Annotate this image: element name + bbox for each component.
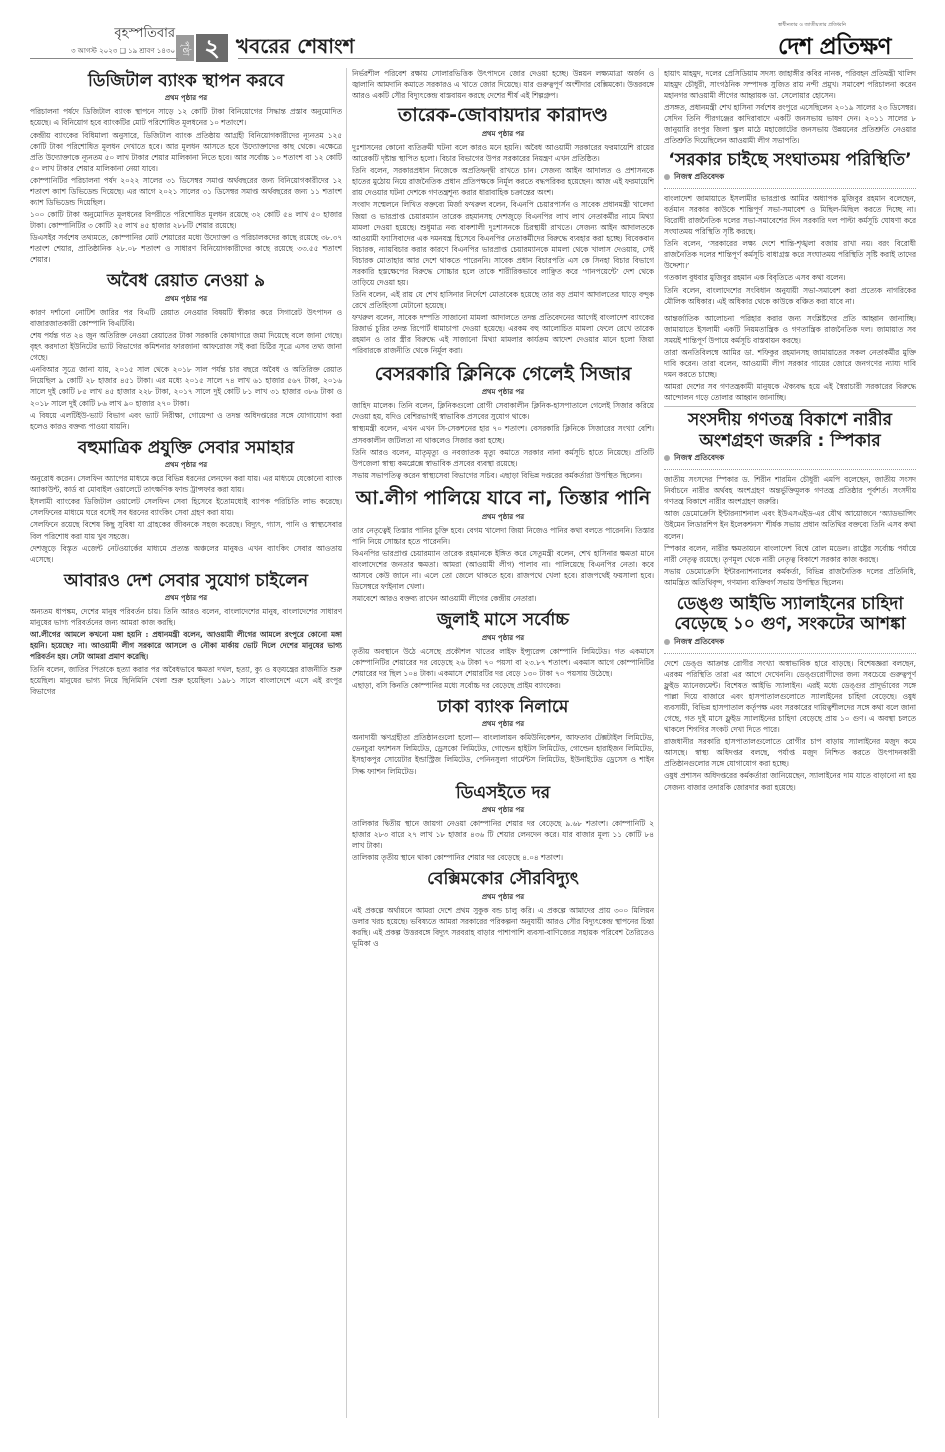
paragraph: বিএনপির ভারপ্রাপ্ত চেয়ারম্যান তারেক রহম… xyxy=(352,548,654,592)
story-body: হায়াৎ মাহমুদ, দলের প্রেসিডিয়াম সদস্য জ… xyxy=(664,68,916,147)
bullet-icon xyxy=(664,639,670,645)
paragraph: তালিকায় তৃতীয় স্থানে থাকা কোম্পানির শে… xyxy=(352,852,654,863)
paragraph: তৃতীয় অবস্থানে উঠে এসেছে প্রকৌশল খাতের … xyxy=(352,646,654,679)
story-body: বাংলাদেশ জামায়াতে ইসলামীর ভারপ্রাপ্ত আম… xyxy=(664,193,916,307)
paragraph: আমরা দেশের সব গণতন্ত্রকামী মানুষকে ঐক্যব… xyxy=(664,381,916,403)
paragraph: ইসলামী ব্যাংকের ডিজিটাল ওয়ালেট সেলফিন স… xyxy=(30,496,342,518)
headline[interactable]: আবারও দেশ সেবার সুযোগ চাইলেন xyxy=(30,571,342,591)
kicker: প্রথম পৃষ্ঠার পর xyxy=(352,386,654,398)
paragraph: এছাড়া, বসি কিনতি কোম্পানির মধ্যে সর্বোচ… xyxy=(352,680,654,691)
headline[interactable]: ঢাকা ব্যাংক নিলামে xyxy=(352,697,654,717)
paragraph: তিনি বলেন, সরকারপ্রধান নিজেকে অপ্রতিদ্বন… xyxy=(352,165,654,198)
paragraph: ফখরুল বলেন, সাবেক দম্পতি সাজানো মামলা আদ… xyxy=(352,312,654,356)
headline[interactable]: বেসরকারি ক্লিনিকে গেলেই সিজার xyxy=(352,363,654,386)
paragraph: স্বাস্থ্যমন্ত্রী বলেন, এখন এখন সি-সেকশনে… xyxy=(352,423,654,445)
headline[interactable]: সংসদীয় গণতন্ত্র বিকাশে নারীর অংশগ্রহণ জ… xyxy=(664,410,916,451)
story-tarek-zubaida: তারেক-জোবায়দার কারাদণ্ড প্রথম পৃষ্ঠার প… xyxy=(352,104,654,356)
story-speaker-women: সংসদীয় গণতন্ত্র বিকাশে নারীর অংশগ্রহণ জ… xyxy=(664,410,916,588)
headline[interactable]: তারেক-জোবায়দার কারাদণ্ড xyxy=(352,104,654,127)
story-illegal-rebate: অবৈধ রেয়াত নেওয়া ৯ প্রথম পৃষ্ঠার পর কা… xyxy=(30,271,342,431)
headline[interactable]: আ.লীগ পালিয়ে যাবে না, তিস্তার পানি xyxy=(352,487,654,510)
paragraph: নির্ভরশীল পরিবেশ রক্ষায় সোলারভিত্তিক উৎ… xyxy=(352,68,654,101)
column-center: নির্ভরশীল পরিবেশ রক্ষায় সোলারভিত্তিক উৎ… xyxy=(352,68,654,1428)
paragraph: তার নেতৃত্বেই তিস্তার পানির চুক্তি হবে। … xyxy=(352,525,654,547)
story-al-will-not-flee: আ.লীগ পালিয়ে যাবে না, তিস্তার পানি প্রথ… xyxy=(352,487,654,604)
bullet-icon xyxy=(664,174,670,180)
paragraph: রাজধানীর সরকারি হাসপাতালগুলোতে রোগীর চাপ… xyxy=(664,736,916,769)
story-govt-wants-conflict: ‘সরকার চাইছে সংঘাতময় পরিস্থিতি’ নিজস্ব … xyxy=(664,150,916,307)
page-number: ২ xyxy=(196,34,228,62)
paragraph: তিনি আরও বলেন, মাতৃমৃত্যু ও নবজাতক মৃত্য… xyxy=(352,447,654,469)
paragraph: আ.লীগের আমলে কখনো মঙ্গা হয়নি : প্রধানমন… xyxy=(30,629,342,662)
paragraph: শেষ পর্যন্ত গত ২৪ জুন অতিরিক্ত নেওয়া রে… xyxy=(30,330,342,363)
kicker: প্রথম পৃষ্ঠার পর xyxy=(352,718,654,730)
kicker: প্রথম পৃষ্ঠার পর xyxy=(352,511,654,523)
paragraph: আজ ডেমোক্রেসি ইন্টারন্যাশনাল এবং ইউএসএইড… xyxy=(664,508,916,541)
paragraph: কোম্পানিটির পরিচালনা পর্ষদ ২০২২ সালের ৩১… xyxy=(30,175,342,208)
story-digital-bank: ডিজিটাল ব্যাংক স্থাপন করবে প্রথম পৃষ্ঠার… xyxy=(30,71,342,265)
paragraph: তারা অনতিবিলম্বে আমির ডা. শফিকুর রহমানসহ… xyxy=(664,347,916,380)
paragraph: সমাবেশে আরও বক্তব্য রাখেন আওয়ামী লীগের … xyxy=(352,593,654,604)
paragraph: হায়াৎ মাহমুদ, দলের প্রেসিডিয়াম সদস্য জ… xyxy=(664,68,916,101)
paragraph: জাহিদ মালেক। তিনি বলেন, ক্লিনিকগুলো রোগী… xyxy=(352,400,654,422)
story-body: পরিচালনা পর্ষদে ডিজিটাল ব্যাংক স্থাপনে স… xyxy=(30,106,342,265)
section-title: খবরের শেষাংশ xyxy=(236,32,355,65)
paragraph: দেশজুড়ে বিস্তৃত এজেন্ট নেটওয়ার্কের মাধ… xyxy=(30,543,342,565)
headline[interactable]: বহুমাত্রিক প্রযুক্তি সেবার সমাহার xyxy=(30,438,342,458)
headline[interactable]: জুলাই মাসে সর্বোচ্চ xyxy=(352,610,654,630)
bullet-icon xyxy=(664,455,670,461)
paragraph: সংবাদ সম্মেলনে লিখিত বক্তব্যে মির্জা ফখর… xyxy=(352,199,654,288)
paragraph: পরিচালনা পর্ষদে ডিজিটাল ব্যাংক স্থাপনে স… xyxy=(30,106,342,128)
paragraph: তিনি বলেন, এই রায় যে শেখ হাসিনার নির্দে… xyxy=(352,289,654,311)
story-july-highest: জুলাই মাসে সর্বোচ্চ প্রথম পৃষ্ঠার পর তৃত… xyxy=(352,610,654,691)
headline[interactable]: ‘সরকার চাইছে সংঘাতময় পরিস্থিতি’ xyxy=(664,150,916,170)
column-left: ডিজিটাল ব্যাংক স্থাপন করবে প্রথম পৃষ্ঠার… xyxy=(30,68,342,1428)
story-private-clinic: বেসরকারি ক্লিনিকে গেলেই সিজার প্রথম পৃষ্… xyxy=(352,363,654,481)
paragraph: তিনি বলেন, জাতির পিতাকে হত্যা করার পর অব… xyxy=(30,664,342,697)
headline[interactable]: বেক্সিমকোর সৌরবিদ্যুৎ xyxy=(352,869,654,889)
byline: নিজস্ব প্রতিবেদক xyxy=(664,637,916,654)
paragraph: দেশে ডেঙ্গু আক্রান্ত রোগীর সংখ্যা অস্বাভ… xyxy=(664,658,916,736)
story-body: নির্ভরশীল পরিবেশ রক্ষায় সোলারভিত্তিক উৎ… xyxy=(352,68,654,101)
headline[interactable]: অবৈধ রেয়াত নেওয়া ৯ xyxy=(30,271,342,291)
paragraph: ডিএসইর সর্বশেষ তথ্যমতে, কোম্পানির মোট শে… xyxy=(30,232,342,265)
story-body: জাহিদ মালেক। তিনি বলেন, ক্লিনিকগুলো রোগী… xyxy=(352,400,654,481)
kicker: প্রথম পৃষ্ঠার পর xyxy=(30,592,342,604)
headline[interactable]: ডিএসইতে দর xyxy=(352,783,654,803)
headline[interactable]: ডেঙ্গু আইভি স্যালাইনের চাহিদা বেড়েছে ১০… xyxy=(664,594,916,635)
story-body: অনুরোধ করেন। সেলফিন অ্যাপের মাধ্যমে করে … xyxy=(30,473,342,565)
story-body: অন্যতম ধাপঙ্কম, দেশের মানুষ পরিবর্তন চায… xyxy=(30,606,342,697)
paragraph: বাংলাদেশ জামায়াতে ইসলামীর ভারপ্রাপ্ত আম… xyxy=(664,193,916,237)
byline-text: নিজস্ব প্রতিবেদক xyxy=(674,637,724,646)
paragraph: প্রসঙ্গত, প্রধানমন্ত্রী শেখ হাসিনা সর্বশ… xyxy=(664,102,916,146)
masthead-day: বৃহস্পতিবার xyxy=(55,24,175,45)
kicker: প্রথম পৃষ্ঠার পর xyxy=(352,128,654,140)
story-body: এই প্রকল্পে অর্থায়নে আমরা দেশে প্রথম সু… xyxy=(352,905,654,949)
byline: নিজস্ব প্রতিবেদক xyxy=(664,453,916,470)
kicker: প্রথম পৃষ্ঠার পর xyxy=(352,804,654,816)
paragraph: অনুরোধ করেন। সেলফিন অ্যাপের মাধ্যমে করে … xyxy=(30,473,342,495)
byline-text: নিজস্ব প্রতিবেদক xyxy=(674,172,724,181)
paragraph: ওষুধ প্রশাসন অধিদপ্তরের কর্মকর্তারা জানি… xyxy=(664,770,916,792)
paragraph: আন্তর্জাতিক আলোচনা পরিহার করার জন্য সংশ্… xyxy=(664,313,916,346)
kicker: প্রথম পৃষ্ঠার পর xyxy=(30,92,342,104)
paragraph: সভায় ডেমোক্রেসি ইন্টারন্যাশনালের কর্মকর… xyxy=(664,566,916,588)
paragraph: অন্যতম ধাপঙ্কম, দেশের মানুষ পরিবর্তন চায… xyxy=(30,606,342,628)
paragraph: কেন্দ্রীয় ব্যাংকের বিধিমালা অনুসারে, ডি… xyxy=(30,130,342,174)
paragraph: তালিকার দ্বিতীয় স্থানে জায়গা নেওয়া কো… xyxy=(352,818,654,851)
story-body: তৃতীয় অবস্থানে উঠে এসেছে প্রকৌশল খাতের … xyxy=(352,646,654,691)
paragraph: কারণ দর্শানো নোটিশ জারির পর বিএটি রেয়াত… xyxy=(30,307,342,329)
kicker: প্রথম পৃষ্ঠার পর xyxy=(30,293,342,305)
paragraph: ১০০ কোটি টাকা অনুমোদিত মূলধনের বিপরীতে প… xyxy=(30,209,342,231)
story-dse-price: ডিএসইতে দর প্রথম পৃষ্ঠার পর তালিকার দ্বি… xyxy=(352,783,654,864)
paragraph: স্পিকার বলেন, নারীর ক্ষমতায়নে বাংলাদেশ … xyxy=(664,543,916,565)
paragraph: এই প্রকল্পে অর্থায়নে আমরা দেশে প্রথম সু… xyxy=(352,905,654,949)
kicker: প্রথম পৃষ্ঠার পর xyxy=(352,891,654,903)
masthead-date: ৩ আগস্ট ২০২৩ ❑ ১৯ শ্রাবণ ১৪৩০ xyxy=(10,45,175,57)
byline-text: নিজস্ব প্রতিবেদক xyxy=(674,453,724,462)
paragraph: জাতীয় সংসদের স্পিকার ড. শিরীন শারমিন চৌ… xyxy=(664,474,916,507)
story-body: দেশে ডেঙ্গু আক্রান্ত রোগীর সংখ্যা অস্বাভ… xyxy=(664,658,916,793)
story-dhaka-bank-auction: ঢাকা ব্যাংক নিলামে প্রথম পৃষ্ঠার পর অনাদ… xyxy=(352,697,654,777)
story-body: দুঃশাসনের কোনো ব্যতিক্রমী ঘটনা বলে কারও … xyxy=(352,142,654,356)
page-label: পৃষ্ঠা xyxy=(176,35,194,61)
headline[interactable]: ডিজিটাল ব্যাংক স্থাপন করবে xyxy=(30,71,342,91)
column-right: হায়াৎ মাহমুদ, দলের প্রেসিডিয়াম সদস্য জ… xyxy=(664,68,916,1428)
paragraph: সভায় সভাপতিত্ব করেন স্বাস্থ্যসেবা বিভাগ… xyxy=(352,470,654,481)
story-body: তার নেতৃত্বেই তিস্তার পানির চুক্তি হবে। … xyxy=(352,525,654,605)
kicker: প্রথম পৃষ্ঠার পর xyxy=(30,459,342,471)
story-multidimensional: বহুমাত্রিক প্রযুক্তি সেবার সমাহার প্রথম … xyxy=(30,438,342,565)
paragraph: দুঃশাসনের কোনো ব্যতিক্রমী ঘটনা বলে কারও … xyxy=(352,142,654,164)
story-body: আন্তর্জাতিক আলোচনা পরিহার করার জন্য সংশ্… xyxy=(664,313,916,404)
paragraph: অনাদায়ী ঋণগ্রহীতা প্রতিষ্ঠানগুলো হলো— ব… xyxy=(352,732,654,776)
paragraph: এনবিআর সূত্রে জানা যায়, ২০১৫ সাল থেকে ২… xyxy=(30,364,342,408)
story-dengue-saline: ডেঙ্গু আইভি স্যালাইনের চাহিদা বেড়েছে ১০… xyxy=(664,594,916,793)
story-beximco-solar: বেক্সিমকোর সৌরবিদ্যুৎ প্রথম পৃষ্ঠার পর এ… xyxy=(352,869,654,949)
masthead: বৃহস্পতিবার ৩ আগস্ট ২০২৩ ❑ ১৯ শ্রাবণ ১৪৩… xyxy=(0,0,945,56)
story-body: তালিকার দ্বিতীয় স্থানে জায়গা নেওয়া কো… xyxy=(352,818,654,863)
byline: নিজস্ব প্রতিবেদক xyxy=(664,172,916,189)
newspaper-logo: দেশ প্রতিক্ষণ xyxy=(778,28,891,67)
kicker: প্রথম পৃষ্ঠার পর xyxy=(352,632,654,644)
story-body: কারণ দর্শানো নোটিশ জারির পর বিএটি রেয়াত… xyxy=(30,307,342,432)
divider xyxy=(30,58,178,59)
divider xyxy=(664,406,916,407)
paragraph: এ বিষয়ে এলটিইউ-ভ্যাট বিভাগ এবং ভ্যাট নি… xyxy=(30,410,342,432)
story-body: জাতীয় সংসদের স্পিকার ড. শিরীন শারমিন চৌ… xyxy=(664,474,916,588)
paragraph: তিনি বলেন, ‘সরকারের লক্ষ্য দেশে শান্তি-শ… xyxy=(664,238,916,271)
story-opportunity: আবারও দেশ সেবার সুযোগ চাইলেন প্রথম পৃষ্ঠ… xyxy=(30,571,342,697)
paragraph: গতকাল বুধবার মুজিবুর রহমান এক বিবৃতিতে এ… xyxy=(664,272,916,283)
story-body: অনাদায়ী ঋণগ্রহীতা প্রতিষ্ঠানগুলো হলো— ব… xyxy=(352,732,654,776)
column-divider xyxy=(346,68,347,1418)
paragraph: সেলফিনে রয়েছে বিশেষ কিছু সুবিধা যা গ্রা… xyxy=(30,519,342,541)
paragraph: তিনি বলেন, বাংলাদেশের সংবিধান অনুযায়ী স… xyxy=(664,285,916,307)
column-divider xyxy=(658,68,659,1418)
